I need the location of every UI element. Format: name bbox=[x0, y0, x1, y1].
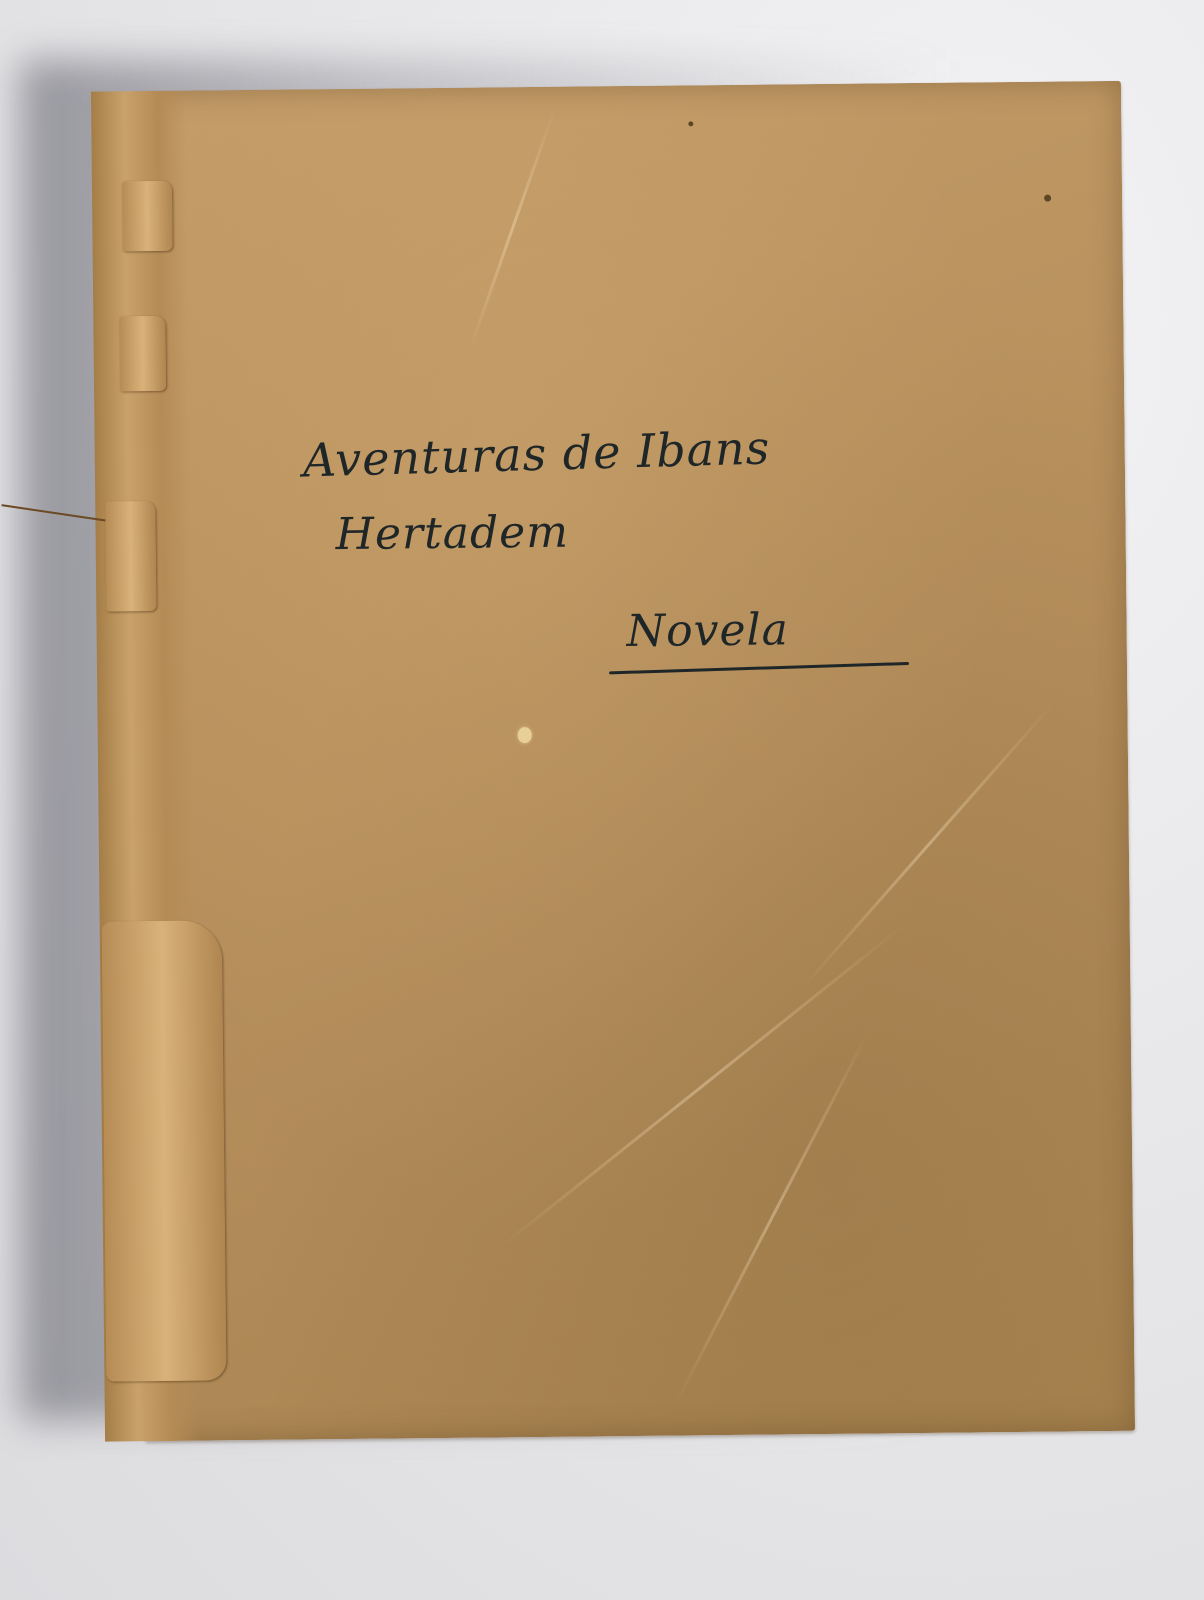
spine-tear-flap bbox=[102, 920, 227, 1381]
spine-tear-fragment bbox=[122, 181, 173, 252]
paper-blemish bbox=[688, 121, 693, 126]
paper-blemish bbox=[1044, 195, 1051, 202]
spine-tear-fragment bbox=[119, 316, 166, 391]
paper-spot bbox=[518, 727, 532, 743]
book: Aventuras de Ibans Hertadem Novela bbox=[131, 81, 1135, 1441]
spine-tear-fragment bbox=[105, 501, 156, 612]
book-cover bbox=[131, 81, 1135, 1441]
handwritten-title-line2: Hertadem bbox=[335, 507, 569, 560]
handwritten-genre: Novela bbox=[626, 604, 789, 657]
